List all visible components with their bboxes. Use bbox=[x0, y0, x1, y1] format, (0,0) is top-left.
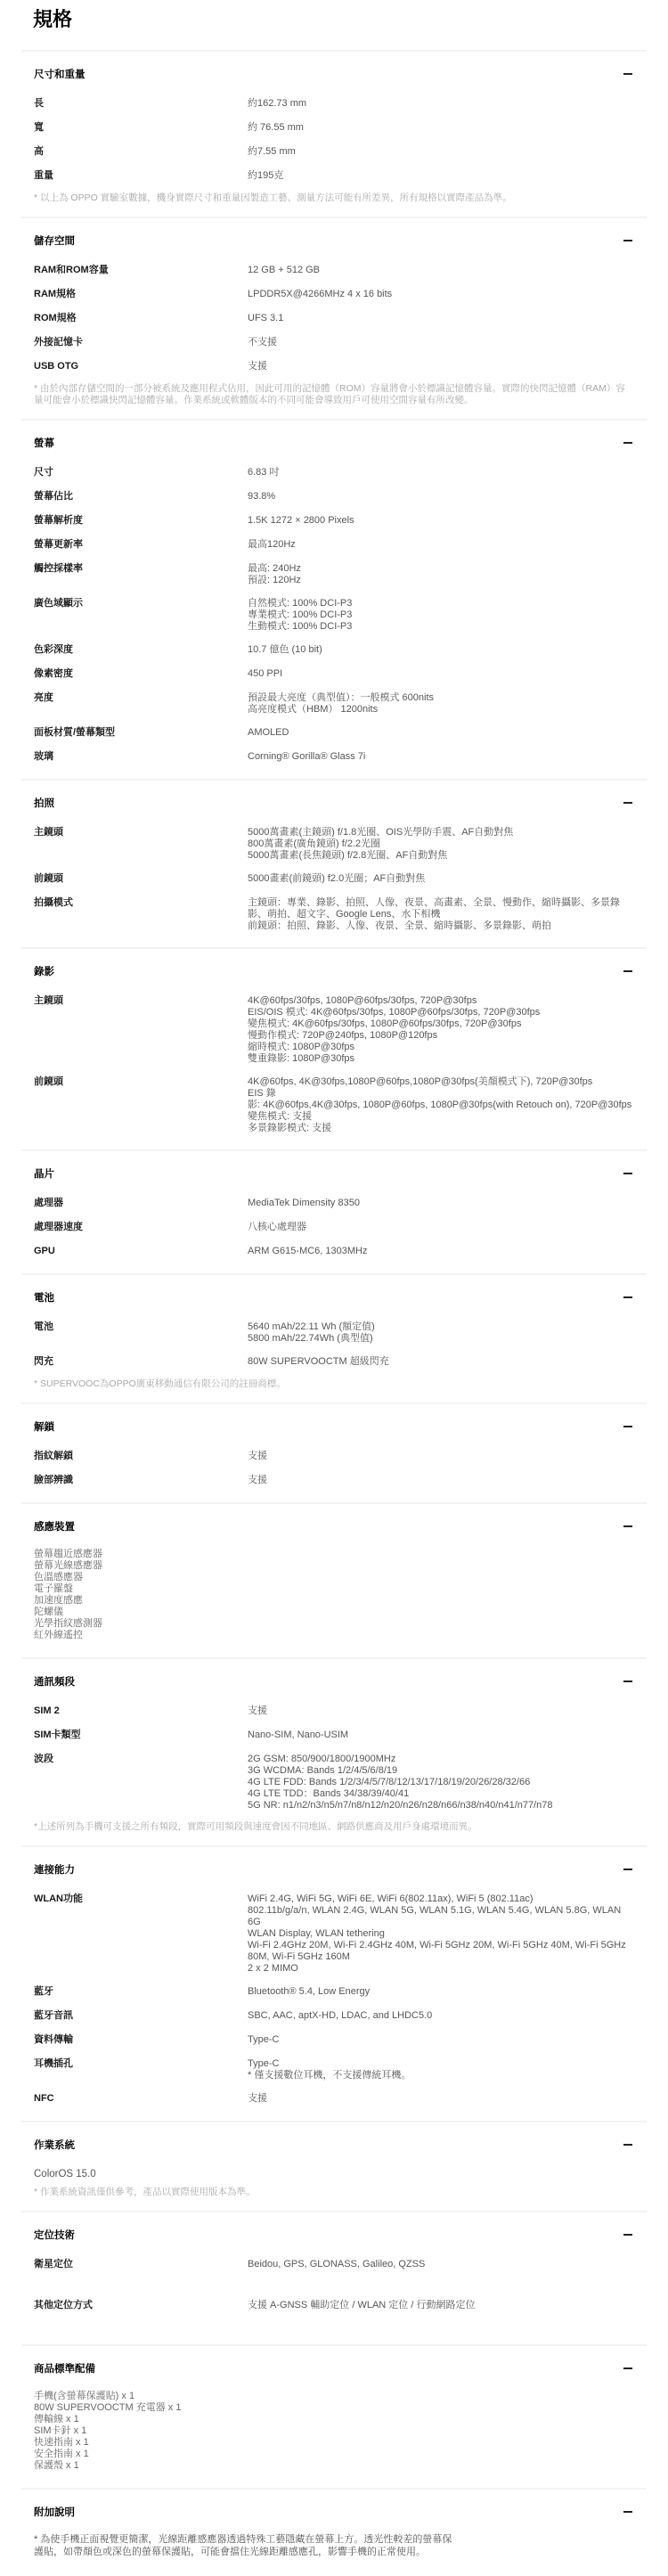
spec-row: RAM規格LPDDR5X@4266MHz 4 x 16 bits bbox=[34, 287, 634, 301]
spec-label: 高 bbox=[34, 144, 248, 159]
spec-label: 廣色域顯示 bbox=[34, 596, 248, 610]
spec-label: 外接記憶卡 bbox=[34, 335, 248, 349]
spec-value: 支援 bbox=[248, 359, 634, 372]
section-title: 電池 bbox=[34, 1290, 54, 1304]
spec-value: ARM G615-MC6, 1303MHz bbox=[248, 1244, 634, 1257]
section-title: 感應裝置 bbox=[34, 1519, 75, 1533]
section-header-unlock[interactable]: 解鎖 bbox=[34, 1404, 634, 1449]
spec-value: MediaTek Dimensity 8350 bbox=[248, 1196, 634, 1209]
spec-row: SIM卡類型Nano-SIM, Nano-USIM bbox=[34, 1728, 634, 1742]
section-title: 拍照 bbox=[34, 796, 54, 810]
section-unlock: 解鎖 指紋解鎖支援 臉部辨識支援 bbox=[21, 1402, 647, 1502]
sensor-list: 螢幕趨近感應器 螢幕光線感應器 色溫感應器 電子羅盤 加速度感應 陀螺儀 光學指… bbox=[34, 1549, 634, 1657]
spec-label: 尺寸 bbox=[34, 465, 248, 479]
spec-label: 臉部辨識 bbox=[34, 1473, 248, 1487]
spec-value: 2G GSM: 850/900/1800/1900MHz 3G WCDMA: B… bbox=[248, 1752, 634, 1811]
spec-value: 450 PPI bbox=[248, 666, 634, 680]
spec-value: Nano-SIM, Nano-USIM bbox=[248, 1728, 634, 1741]
spec-label: 其他定位方式 bbox=[34, 2298, 248, 2312]
spec-label: 寬 bbox=[34, 120, 248, 135]
spec-label: 面板材質/螢幕類型 bbox=[34, 725, 248, 740]
spec-value: 約162.73 mm bbox=[248, 96, 634, 110]
minus-icon[interactable] bbox=[623, 240, 632, 241]
spec-label: 螢幕解析度 bbox=[34, 513, 248, 527]
section-title: 定位技術 bbox=[34, 2228, 75, 2242]
minus-icon[interactable] bbox=[623, 2511, 632, 2513]
spec-value: 4K@60fps, 4K@30fps,1080P@60fps,1080P@30f… bbox=[248, 1075, 634, 1134]
section-title: 通訊頻段 bbox=[34, 1674, 75, 1689]
section-sensors: 感應裝置 螢幕趨近感應器 螢幕光線感應器 色溫感應器 電子羅盤 加速度感應 陀螺… bbox=[21, 1502, 647, 1657]
spec-row: 重量約195克 bbox=[34, 168, 634, 183]
page-title: 規格 bbox=[0, 0, 668, 50]
spec-row: 觸控採樣率最高: 240Hz 預設: 120Hz bbox=[34, 561, 634, 586]
spec-value: AMOLED bbox=[248, 725, 634, 739]
spec-label: 耳機插孔 bbox=[34, 2057, 248, 2071]
section-header-package[interactable]: 商品標準配備 bbox=[34, 2346, 634, 2391]
spec-row: GPUARM G615-MC6, 1303MHz bbox=[34, 1244, 634, 1258]
minus-icon[interactable] bbox=[623, 1525, 632, 1527]
spec-row: 拍攝模式主鏡頭：專業、錄影、拍照、人像、夜景、高畫素、全景、慢動作、縮時攝影、多… bbox=[34, 895, 634, 932]
spec-row: WLAN功能WiFi 2.4G, WiFi 5G, WiFi 6E, WiFi … bbox=[34, 1892, 634, 1975]
spec-label: 螢幕佔比 bbox=[34, 489, 248, 503]
spec-row: 面板材質/螢幕類型AMOLED bbox=[34, 725, 634, 740]
section-positioning: 定位技術 衛星定位Beidou, GPS, GLONASS, Galileo, … bbox=[21, 2211, 647, 2344]
section-title: 附加說明 bbox=[34, 2505, 75, 2519]
spec-row: 臉部辨識支援 bbox=[34, 1473, 634, 1487]
footnote: *上述所列為手機可支援之所有頻段，實際可用頻段與速度會因不同地區、網路供應商及用… bbox=[34, 1821, 634, 1845]
spec-label: 拍攝模式 bbox=[34, 895, 248, 910]
spec-row: 螢幕更新率最高120Hz bbox=[34, 537, 634, 552]
spec-row: 尺寸6.83 吋 bbox=[34, 465, 634, 479]
spec-label: 玻璃 bbox=[34, 749, 248, 764]
section-os: 作業系統 ColorOS 15.0 * 作業系統資訊僅供參考，產品以實際使用版本… bbox=[21, 2121, 647, 2211]
spec-label: 處理器速度 bbox=[34, 1220, 248, 1234]
spec-value: Bluetooth® 5.4, Low Energy bbox=[248, 1984, 634, 1998]
spec-value: 支援 bbox=[248, 2091, 634, 2105]
spec-row: 玻璃Corning® Gorilla® Glass 7i bbox=[34, 749, 634, 764]
spec-label: 藍牙音訊 bbox=[34, 2008, 248, 2023]
minus-icon[interactable] bbox=[623, 802, 632, 804]
spec-value: 主鏡頭：專業、錄影、拍照、人像、夜景、高畫素、全景、慢動作、縮時攝影、多景錄影、… bbox=[248, 895, 634, 932]
section-title: 連接能力 bbox=[34, 1862, 75, 1877]
spec-value: 約7.55 mm bbox=[248, 144, 634, 158]
spec-value: 不支援 bbox=[248, 335, 634, 348]
spec-row: 色彩深度10.7 億色 (10 bit) bbox=[34, 642, 634, 657]
spec-row: 主鏡頭4K@60fps/30fps, 1080P@60fps/30fps, 72… bbox=[34, 994, 634, 1065]
spec-row: 廣色域顯示自然模式: 100% DCI-P3 專業模式: 100% DCI-P3… bbox=[34, 596, 634, 633]
spec-row: 主鏡頭5000萬畫素(主鏡頭) f/1.8光圈、OIS光學防手震、AF自動對焦 … bbox=[34, 825, 634, 862]
section-header-sensors[interactable]: 感應裝置 bbox=[34, 1504, 634, 1549]
spec-row: NFC支援 bbox=[34, 2091, 634, 2106]
spec-value: 10.7 億色 (10 bit) bbox=[248, 642, 634, 656]
spec-row: 像素密度450 PPI bbox=[34, 666, 634, 681]
spec-label: 藍牙 bbox=[34, 1984, 248, 1999]
spec-label: ROM規格 bbox=[34, 311, 248, 325]
spec-label: 前鏡頭 bbox=[34, 871, 248, 886]
section-package: 商品標準配備 手機(含螢幕保護貼) x 1 80W SUPERVOOCTM 充電… bbox=[21, 2344, 647, 2488]
section-chip: 晶片 處理器MediaTek Dimensity 8350 處理器速度八核心處理… bbox=[21, 1149, 647, 1273]
spec-row: 螢幕解析度1.5K 1272 × 2800 Pixels bbox=[34, 513, 634, 527]
spec-value: 約 76.55 mm bbox=[248, 120, 634, 134]
spec-row: 前鏡頭5000畫素(前鏡頭) f2.0光圈；AF自動對焦 bbox=[34, 871, 634, 886]
spec-row: 波段2G GSM: 850/900/1800/1900MHz 3G WCDMA:… bbox=[34, 1752, 634, 1811]
spec-value: 支援 bbox=[248, 1449, 634, 1462]
spec-row: SIM 2支援 bbox=[34, 1704, 634, 1718]
section-header-connectivity[interactable]: 連接能力 bbox=[34, 1847, 634, 1892]
spec-value: UFS 3.1 bbox=[248, 311, 634, 324]
spec-label: 主鏡頭 bbox=[34, 825, 248, 839]
spec-value: Corning® Gorilla® Glass 7i bbox=[248, 749, 634, 763]
spec-value: 支援 A-GNSS 輔助定位 / WLAN 定位 / 行動網路定位 bbox=[248, 2298, 634, 2311]
spec-label: 螢幕更新率 bbox=[34, 537, 248, 552]
package-list: 手機(含螢幕保護貼) x 1 80W SUPERVOOCTM 充電器 x 1 傳… bbox=[34, 2391, 634, 2488]
spec-value: 4K@60fps/30fps, 1080P@60fps/30fps, 720P@… bbox=[248, 994, 634, 1065]
spec-value: 12 GB + 512 GB bbox=[248, 263, 634, 276]
spec-label: 衛星定位 bbox=[34, 2257, 248, 2271]
spec-label: 色彩深度 bbox=[34, 642, 248, 657]
spec-label: 重量 bbox=[34, 168, 248, 183]
spec-label: GPU bbox=[34, 1244, 248, 1258]
section-network: 通訊頻段 SIM 2支援 SIM卡類型Nano-SIM, Nano-USIM 波… bbox=[21, 1657, 647, 1845]
spec-row: 其他定位方式支援 A-GNSS 輔助定位 / WLAN 定位 / 行動網路定位 bbox=[34, 2298, 634, 2312]
spec-row: 長約162.73 mm bbox=[34, 96, 634, 110]
section-title: 作業系統 bbox=[34, 2138, 75, 2152]
section-header-storage[interactable]: 儲存空間 bbox=[34, 218, 634, 263]
minus-icon[interactable] bbox=[623, 2144, 632, 2146]
spec-row: ROM規格UFS 3.1 bbox=[34, 311, 634, 325]
footnote: * 作業系統資訊僅供參考，產品以實際使用版本為準。 bbox=[34, 2187, 634, 2211]
spec-row: 閃充80W SUPERVOOCTM 超級閃充 bbox=[34, 1354, 634, 1369]
spec-label: WLAN功能 bbox=[34, 1892, 248, 1906]
section-title: 螢幕 bbox=[34, 436, 54, 450]
section-battery: 電池 電池5640 mAh/22.11 Wh (額定值) 5800 mAh/22… bbox=[21, 1273, 647, 1402]
spec-label: 波段 bbox=[34, 1752, 248, 1766]
section-header-positioning[interactable]: 定位技術 bbox=[34, 2212, 634, 2257]
section-title: 錄影 bbox=[34, 964, 54, 978]
spec-row: 藍牙Bluetooth® 5.4, Low Energy bbox=[34, 1984, 634, 1999]
spec-value: 預設最大亮度（典型值）：一般模式 600nits 高亮度模式（HBM） 1200… bbox=[248, 691, 634, 716]
spec-row: 處理器速度八核心處理器 bbox=[34, 1220, 634, 1234]
spec-value: 5640 mAh/22.11 Wh (額定值) 5800 mAh/22.74Wh… bbox=[248, 1320, 634, 1345]
spec-row: 螢幕佔比93.8% bbox=[34, 489, 634, 503]
spec-value: 最高: 240Hz 預設: 120Hz bbox=[248, 561, 634, 586]
section-title: 晶片 bbox=[34, 1166, 54, 1181]
section-dimensions: 尺寸和重量 長約162.73 mm 寬約 76.55 mm 高約7.55 mm … bbox=[21, 50, 647, 217]
spec-label: 長 bbox=[34, 96, 248, 110]
spec-label: SIM 2 bbox=[34, 1704, 248, 1718]
minus-icon[interactable] bbox=[623, 1426, 632, 1427]
section-video: 錄影 主鏡頭4K@60fps/30fps, 1080P@60fps/30fps,… bbox=[21, 947, 647, 1149]
minus-icon[interactable] bbox=[623, 73, 632, 75]
spec-label: 前鏡頭 bbox=[34, 1075, 248, 1089]
section-connectivity: 連接能力 WLAN功能WiFi 2.4G, WiFi 5G, WiFi 6E, … bbox=[21, 1845, 647, 2121]
minus-icon[interactable] bbox=[623, 1296, 632, 1298]
footnote: * 由於內部存儲空間的一部分被系統及應用程式佔用，因此可用的記憶體（ROM）容量… bbox=[34, 383, 634, 419]
spec-label: SIM卡類型 bbox=[34, 1728, 248, 1742]
section-header-video[interactable]: 錄影 bbox=[34, 949, 634, 994]
section-notes: 附加說明 * 為使手機正面視覺更簡潔，光線距離感應器透過特殊工藝隱藏在螢幕上方。… bbox=[21, 2488, 647, 2576]
spec-value: 80W SUPERVOOCTM 超級閃充 bbox=[248, 1354, 634, 1368]
additional-note: * 為使手機正面視覺更簡潔，光線距離感應器透過特殊工藝隱藏在螢幕上方。透光性較差… bbox=[34, 2534, 461, 2576]
minus-icon[interactable] bbox=[623, 1681, 632, 1682]
spec-value: Type-C bbox=[248, 2032, 634, 2046]
spec-label: 亮度 bbox=[34, 691, 248, 705]
spec-row: 電池5640 mAh/22.11 Wh (額定值) 5800 mAh/22.74… bbox=[34, 1320, 634, 1345]
spec-value: 5000萬畫素(主鏡頭) f/1.8光圈、OIS光學防手震、AF自動對焦 800… bbox=[248, 825, 634, 862]
spec-label: 像素密度 bbox=[34, 666, 248, 681]
spec-row: 寬約 76.55 mm bbox=[34, 120, 634, 135]
spec-label: 資料傳輸 bbox=[34, 2032, 248, 2047]
minus-icon[interactable] bbox=[623, 1173, 632, 1174]
os-version: ColorOS 15.0 bbox=[34, 2167, 634, 2187]
spec-value: 支援 bbox=[248, 1704, 634, 1717]
spec-label: 主鏡頭 bbox=[34, 994, 248, 1008]
spec-value: 約195克 bbox=[248, 168, 634, 182]
spec-value: SBC, AAC, aptX-HD, LDAC, and LHDC5.0 bbox=[248, 2008, 634, 2022]
spec-value: 八核心處理器 bbox=[248, 1220, 634, 1233]
spec-row: 資料傳輸Type-C bbox=[34, 2032, 634, 2047]
spec-value: WiFi 2.4G, WiFi 5G, WiFi 6E, WiFi 6(802.… bbox=[248, 1892, 634, 1975]
footnote: * SUPERVOOC為OPPO廣東移動通信有限公司的註冊商標。 bbox=[34, 1378, 634, 1402]
footnote: * 以上為 OPPO 實驗室數據，機身實際尺寸和重量因製造工藝、測量方法可能有所… bbox=[34, 192, 634, 217]
section-header-network[interactable]: 通訊頻段 bbox=[34, 1659, 634, 1704]
minus-icon[interactable] bbox=[623, 2367, 632, 2369]
spec-row: 耳機插孔Type-C * 僅支援數位耳機，不支援傳統耳機。 bbox=[34, 2057, 634, 2081]
spec-row: 指紋解鎖支援 bbox=[34, 1449, 634, 1463]
spec-label: RAM和ROM容量 bbox=[34, 263, 248, 277]
spec-row: 衛星定位Beidou, GPS, GLONASS, Galileo, QZSS bbox=[34, 2257, 634, 2271]
spec-label: 指紋解鎖 bbox=[34, 1449, 248, 1463]
spec-label: RAM規格 bbox=[34, 287, 248, 301]
section-title: 解鎖 bbox=[34, 1419, 54, 1434]
spec-value: Beidou, GPS, GLONASS, Galileo, QZSS bbox=[248, 2257, 634, 2270]
minus-icon[interactable] bbox=[623, 442, 632, 444]
spec-label: 電池 bbox=[34, 1320, 248, 1334]
section-header-dimensions[interactable]: 尺寸和重量 bbox=[34, 52, 634, 96]
spec-row: 藍牙音訊SBC, AAC, aptX-HD, LDAC, and LHDC5.0 bbox=[34, 2008, 634, 2023]
section-storage: 儲存空間 RAM和ROM容量12 GB + 512 GB RAM規格LPDDR5… bbox=[21, 217, 647, 419]
minus-icon[interactable] bbox=[623, 2234, 632, 2236]
section-header-os[interactable]: 作業系統 bbox=[34, 2122, 634, 2167]
section-header-chip[interactable]: 晶片 bbox=[34, 1151, 634, 1196]
spec-value: 6.83 吋 bbox=[248, 465, 634, 478]
spec-row: RAM和ROM容量12 GB + 512 GB bbox=[34, 263, 634, 277]
spec-value: 最高120Hz bbox=[248, 537, 634, 551]
spec-row: 處理器MediaTek Dimensity 8350 bbox=[34, 1196, 634, 1210]
spec-row: 前鏡頭4K@60fps, 4K@30fps,1080P@60fps,1080P@… bbox=[34, 1075, 634, 1134]
spec-label: 處理器 bbox=[34, 1196, 248, 1210]
section-title: 尺寸和重量 bbox=[34, 67, 86, 81]
spec-label: 閃充 bbox=[34, 1354, 248, 1369]
spec-value: 93.8% bbox=[248, 489, 634, 503]
spec-value: LPDDR5X@4266MHz 4 x 16 bits bbox=[248, 287, 634, 300]
spec-label: 觸控採樣率 bbox=[34, 561, 248, 576]
section-camera: 拍照 主鏡頭5000萬畫素(主鏡頭) f/1.8光圈、OIS光學防手震、AF自動… bbox=[21, 779, 647, 947]
section-header-camera[interactable]: 拍照 bbox=[34, 781, 634, 825]
spec-label: NFC bbox=[34, 2091, 248, 2106]
minus-icon[interactable] bbox=[623, 1869, 632, 1870]
spec-value: 1.5K 1272 × 2800 Pixels bbox=[248, 513, 634, 527]
spec-label: USB OTG bbox=[34, 359, 248, 373]
minus-icon[interactable] bbox=[623, 970, 632, 972]
section-display: 螢幕 尺寸6.83 吋 螢幕佔比93.8% 螢幕解析度1.5K 1272 × 2… bbox=[21, 419, 647, 779]
spec-value: 支援 bbox=[248, 1473, 634, 1486]
section-header-notes[interactable]: 附加說明 bbox=[34, 2490, 634, 2534]
section-title: 商品標準配備 bbox=[34, 2361, 95, 2376]
section-header-display[interactable]: 螢幕 bbox=[34, 421, 634, 465]
section-title: 儲存空間 bbox=[34, 233, 75, 248]
spec-row: 高約7.55 mm bbox=[34, 144, 634, 159]
spec-row: 亮度預設最大亮度（典型值）：一般模式 600nits 高亮度模式（HBM） 12… bbox=[34, 691, 634, 716]
section-header-battery[interactable]: 電池 bbox=[34, 1275, 634, 1320]
spec-value: 5000畫素(前鏡頭) f2.0光圈；AF自動對焦 bbox=[248, 871, 634, 885]
spec-value: Type-C * 僅支援數位耳機，不支援傳統耳機。 bbox=[248, 2057, 634, 2081]
spec-row: USB OTG支援 bbox=[34, 359, 634, 373]
spec-row: 外接記憶卡不支援 bbox=[34, 335, 634, 349]
spec-value: 自然模式: 100% DCI-P3 專業模式: 100% DCI-P3 生動模式… bbox=[248, 596, 634, 633]
